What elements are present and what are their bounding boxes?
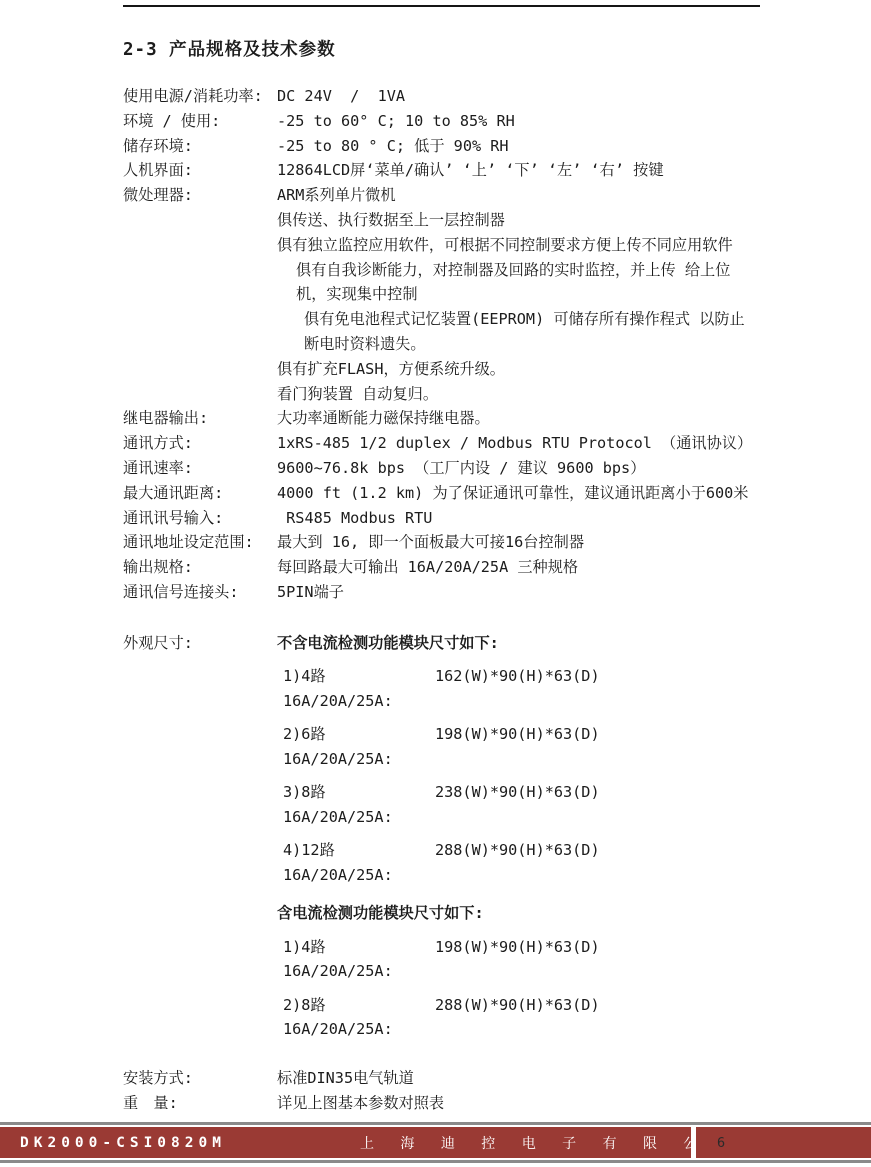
spec-label: 重 量: xyxy=(123,1091,277,1116)
dimension-list-with-module: 1)4路16A/20A/25A: 198(W)*90(H)*63(D) 2)8路… xyxy=(123,935,795,1043)
spec-value: RS485 Modbus RTU xyxy=(277,506,795,531)
dimension-spacer xyxy=(123,664,277,714)
dimension-spacer xyxy=(123,780,277,830)
spec-row: 使用电源/消耗功率: DC 24V / 1VA xyxy=(123,84,795,109)
spec-row: 看门狗装置 自动复归。 xyxy=(123,382,795,407)
spec-label: 通讯信号连接头: xyxy=(123,580,277,605)
section-heading: 2-3 产品规格及技术参数 xyxy=(123,36,336,61)
spec-label: 通讯地址设定范围: xyxy=(123,530,277,555)
dimension-size: 198(W)*90(H)*63(D) xyxy=(435,935,795,985)
spec-value: 最大到 16, 即一个面板最大可接16台控制器 xyxy=(277,530,795,555)
spec-row: 储存环境: -25 to 80 ° C; 低于 90% RH xyxy=(123,134,795,159)
spec-row: 机，实现集中控制 xyxy=(123,282,795,307)
spec-row: 人机界面: 12864LCD屏‘菜单/确认’ ‘上’ ‘下’ ‘左’ ‘右’ 按… xyxy=(123,158,795,183)
spec-row: 通讯地址设定范围: 最大到 16, 即一个面板最大可接16台控制器 xyxy=(123,530,795,555)
with-module-heading-row: 含电流检测功能模块尺寸如下: xyxy=(123,901,795,926)
without-module-heading: 不含电流检测功能模块尺寸如下: xyxy=(277,631,795,656)
appearance-dimensions-section: 外观尺寸: 不含电流检测功能模块尺寸如下: 1)4路16A/20A/25A: 1… xyxy=(123,631,795,1043)
spec-label: 继电器输出: xyxy=(123,406,277,431)
dimension-size: 238(W)*90(H)*63(D) xyxy=(435,780,795,830)
spec-row: 环境 / 使用: -25 to 60° C; 10 to 85% RH xyxy=(123,109,795,134)
appearance-label: 外观尺寸: xyxy=(123,631,277,656)
company-name: 上 海 迪 控 电 子 有 限 公 司 xyxy=(360,1133,747,1153)
appearance-label-row: 外观尺寸: 不含电流检测功能模块尺寸如下: xyxy=(123,631,795,656)
spec-value: ARM系列单片微机 xyxy=(277,183,795,208)
spec-label: 安装方式: xyxy=(123,1066,277,1091)
spec-row: 通讯方式: 1xRS-485 1/2 duplex / Modbus RTU P… xyxy=(123,431,795,456)
spec-row: 通讯速率: 9600~76.8k bps （工厂内设 / 建议 9600 bps… xyxy=(123,456,795,481)
page-number: 6 xyxy=(717,1135,725,1151)
spec-label: 人机界面: xyxy=(123,158,277,183)
dimension-size: 162(W)*90(H)*63(D) xyxy=(435,664,795,714)
with-module-spacer xyxy=(123,901,277,926)
footer-main-cell: DK2000-CSI0820M 上 海 迪 控 电 子 有 限 公 司 xyxy=(0,1127,691,1158)
spec-value: 俱有独立监控应用软件，可根据不同控制要求方便上传不同应用软件 xyxy=(277,233,795,258)
document-model-number: DK2000-CSI0820M xyxy=(0,1135,360,1151)
spec-row: 输出规格: 每回路最大可输出 16A/20A/25A 三种规格 xyxy=(123,555,795,580)
dimension-config: 1)4路16A/20A/25A: xyxy=(277,664,435,714)
spec-value: 4000 ft (1.2 km) 为了保证通讯可靠性，建议通讯距离小于600米 xyxy=(277,481,795,506)
spec-label xyxy=(123,382,277,407)
header-rule xyxy=(123,5,760,7)
dimension-row: 2)8路16A/20A/25A: 288(W)*90(H)*63(D) xyxy=(123,993,795,1043)
spec-row: 最大通讯距离: 4000 ft (1.2 km) 为了保证通讯可靠性，建议通讯距… xyxy=(123,481,795,506)
spec-row: 通讯讯号输入: RS485 Modbus RTU xyxy=(123,506,795,531)
spec-label: 使用电源/消耗功率: xyxy=(123,84,277,109)
dimension-spacer xyxy=(123,993,277,1043)
spec-value: 每回路最大可输出 16A/20A/25A 三种规格 xyxy=(277,555,795,580)
page-footer: DK2000-CSI0820M 上 海 迪 控 电 子 有 限 公 司 6 xyxy=(0,1122,871,1163)
dimension-list-without-module: 1)4路16A/20A/25A: 162(W)*90(H)*63(D) 2)6路… xyxy=(123,664,795,888)
spec-label xyxy=(123,332,277,357)
spec-label: 通讯讯号输入: xyxy=(123,506,277,531)
spec-label: 微处理器: xyxy=(123,183,277,208)
dimension-config: 1)4路16A/20A/25A: xyxy=(277,935,435,985)
spec-row: 重 量: 详见上图基本参数对照表 xyxy=(123,1091,795,1116)
spec-value: 详见上图基本参数对照表 xyxy=(277,1091,795,1116)
page-number-cell: 6 xyxy=(696,1127,871,1158)
footer-rule-bottom xyxy=(0,1160,871,1163)
dimension-config: 2)8路16A/20A/25A: xyxy=(277,993,435,1043)
dimension-row: 4)12路16A/20A/25A: 288(W)*90(H)*63(D) xyxy=(123,838,795,888)
dimension-size: 288(W)*90(H)*63(D) xyxy=(435,838,795,888)
spec-row: 俱有免电池程式记忆装置(EEPROM) 可储存所有操作程式 以防止 xyxy=(123,307,795,332)
spec-list: 使用电源/消耗功率: DC 24V / 1VA 环境 / 使用: -25 to … xyxy=(123,84,795,605)
page-content: 使用电源/消耗功率: DC 24V / 1VA 环境 / 使用: -25 to … xyxy=(123,84,795,1116)
spec-label xyxy=(123,258,277,283)
spec-row: 通讯信号连接头: 5PIN端子 xyxy=(123,580,795,605)
spec-label: 通讯方式: xyxy=(123,431,277,456)
dimension-config: 4)12路16A/20A/25A: xyxy=(277,838,435,888)
spec-row: 断电时资料遗失。 xyxy=(123,332,795,357)
spec-value: 1xRS-485 1/2 duplex / Modbus RTU Protoco… xyxy=(277,431,795,456)
dimension-row: 1)4路16A/20A/25A: 162(W)*90(H)*63(D) xyxy=(123,664,795,714)
dimension-spacer xyxy=(123,935,277,985)
document-page: 2-3 产品规格及技术参数 使用电源/消耗功率: DC 24V / 1VA 环境… xyxy=(0,0,871,1167)
with-module-heading: 含电流检测功能模块尺寸如下: xyxy=(277,901,795,926)
dimension-size: 198(W)*90(H)*63(D) xyxy=(435,722,795,772)
spec-value: DC 24V / 1VA xyxy=(277,84,795,109)
footer-rule-top xyxy=(0,1122,871,1125)
spec-value: 俱有免电池程式记忆装置(EEPROM) 可储存所有操作程式 以防止 xyxy=(277,307,795,332)
spec-value: 9600~76.8k bps （工厂内设 / 建议 9600 bps） xyxy=(277,456,795,481)
spec-value: 标准DIN35电气轨道 xyxy=(277,1066,795,1091)
spec-label xyxy=(123,233,277,258)
spec-value: 俱有扩充FLASH，方便系统升级。 xyxy=(277,357,795,382)
dimension-row: 2)6路16A/20A/25A: 198(W)*90(H)*63(D) xyxy=(123,722,795,772)
spec-label xyxy=(123,307,277,332)
spec-row: 安装方式: 标准DIN35电气轨道 xyxy=(123,1066,795,1091)
spec-label: 通讯速率: xyxy=(123,456,277,481)
dimension-row: 3)8路16A/20A/25A: 238(W)*90(H)*63(D) xyxy=(123,780,795,830)
spec-value: 看门狗装置 自动复归。 xyxy=(277,382,795,407)
spec-row: 微处理器: ARM系列单片微机 xyxy=(123,183,795,208)
spec-row: 继电器输出: 大功率通断能力磁保持继电器。 xyxy=(123,406,795,431)
spec-label xyxy=(123,208,277,233)
spec-row: 俱传送、执行数据至上一层控制器 xyxy=(123,208,795,233)
spec-value: -25 to 60° C; 10 to 85% RH xyxy=(277,109,795,134)
spec-value: 俱有自我诊断能力，对控制器及回路的实时监控，并上传 给上位 xyxy=(277,258,795,283)
spec-value: 5PIN端子 xyxy=(277,580,795,605)
dimension-spacer xyxy=(123,838,277,888)
spec-row: 俱有扩充FLASH，方便系统升级。 xyxy=(123,357,795,382)
spec-value: 12864LCD屏‘菜单/确认’ ‘上’ ‘下’ ‘左’ ‘右’ 按键 xyxy=(277,158,795,183)
footer-bar: DK2000-CSI0820M 上 海 迪 控 电 子 有 限 公 司 6 xyxy=(0,1127,871,1158)
spec-value: 大功率通断能力磁保持继电器。 xyxy=(277,406,795,431)
spec-row: 俱有自我诊断能力，对控制器及回路的实时监控，并上传 给上位 xyxy=(123,258,795,283)
spec-label xyxy=(123,357,277,382)
spec-label xyxy=(123,282,277,307)
dimension-size: 288(W)*90(H)*63(D) xyxy=(435,993,795,1043)
dimension-config: 3)8路16A/20A/25A: xyxy=(277,780,435,830)
spec-label: 最大通讯距离: xyxy=(123,481,277,506)
spec-row: 俱有独立监控应用软件，可根据不同控制要求方便上传不同应用软件 xyxy=(123,233,795,258)
dimension-config: 2)6路16A/20A/25A: xyxy=(277,722,435,772)
dimension-spacer xyxy=(123,722,277,772)
spec-label: 输出规格: xyxy=(123,555,277,580)
spec-value: -25 to 80 ° C; 低于 90% RH xyxy=(277,134,795,159)
spec-value: 断电时资料遗失。 xyxy=(277,332,795,357)
spec-label: 储存环境: xyxy=(123,134,277,159)
bottom-spec-list: 安装方式: 标准DIN35电气轨道 重 量: 详见上图基本参数对照表 xyxy=(123,1066,795,1116)
spec-label: 环境 / 使用: xyxy=(123,109,277,134)
dimension-row: 1)4路16A/20A/25A: 198(W)*90(H)*63(D) xyxy=(123,935,795,985)
spec-value: 机，实现集中控制 xyxy=(277,282,795,307)
spec-value: 俱传送、执行数据至上一层控制器 xyxy=(277,208,795,233)
